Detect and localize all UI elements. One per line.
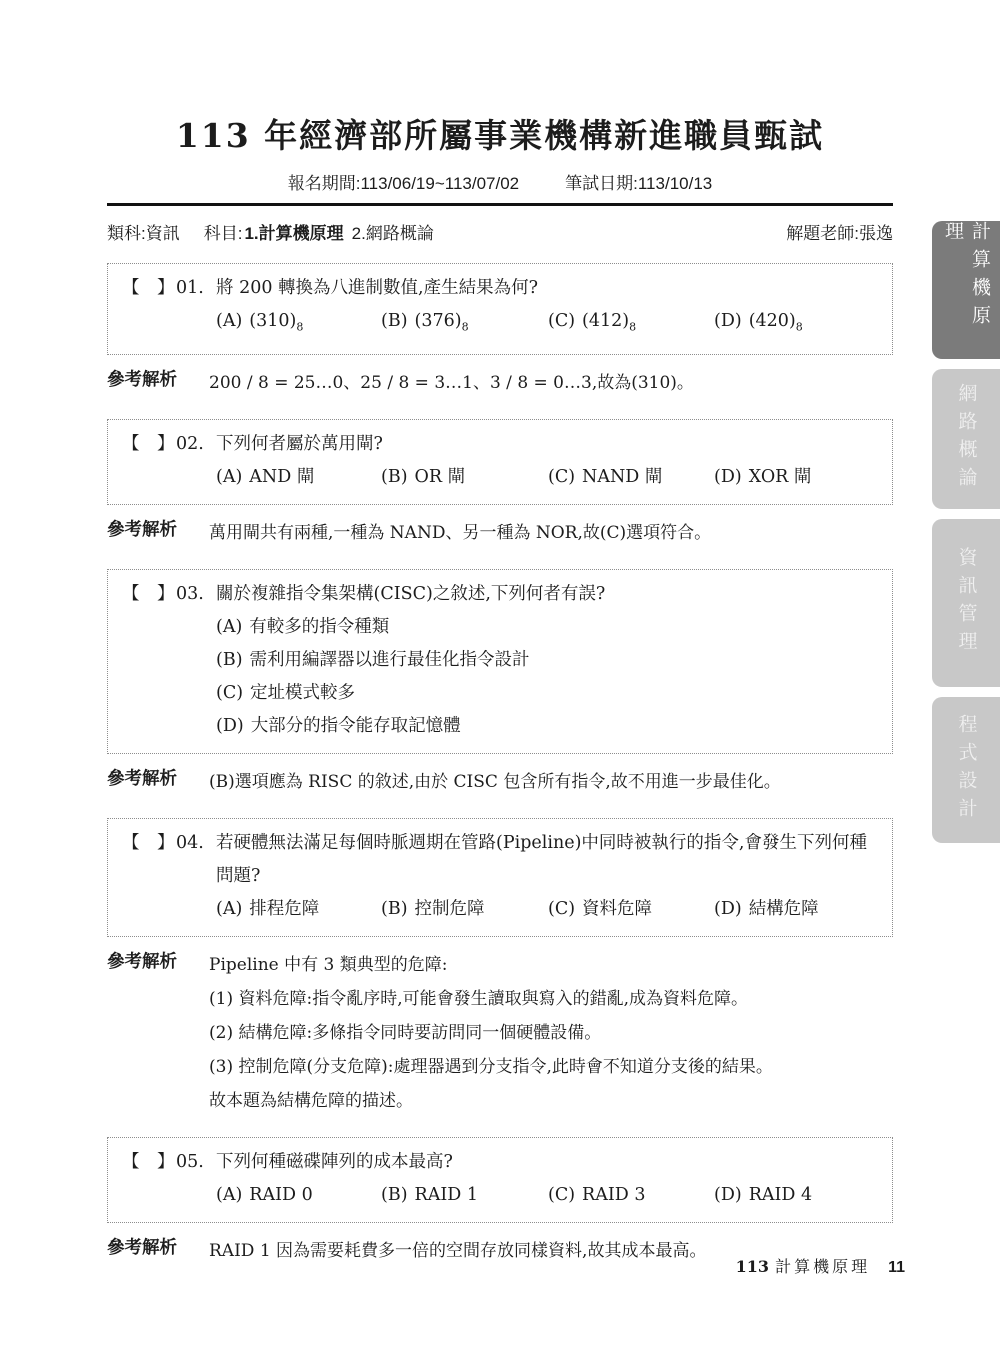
question-text: 關於複雜指令集架構(CISC)之敘述,下列何者有誤? — [216, 578, 878, 611]
option-c: (C)資料危障 — [548, 893, 714, 926]
option-a: (A)(310)8 — [216, 305, 381, 344]
page-content: 113 年經濟部所屬事業機構新進職員甄試 報名期間:113/06/19~113/… — [107, 0, 893, 1268]
option-c: (C)NAND 閘 — [548, 461, 714, 494]
question-box-02: 【 】 02. 下列何者屬於萬用閘? (A)AND 閘 (B)OR 閘 (C)N… — [107, 419, 893, 505]
analysis-label: 參考解析 — [107, 516, 195, 550]
answer-brackets: 【 】 — [122, 428, 176, 461]
subject-2: 2.網路概論 — [352, 219, 434, 244]
written-exam-date: 筆試日期:113/10/13 — [565, 169, 712, 194]
option-c: (C)(412)8 — [548, 305, 714, 344]
question-row: 【 】 01. 將 200 轉換為八進制數值,產生結果為何? — [122, 272, 878, 305]
footer-year: 113 — [736, 1257, 769, 1276]
question-row: 【 】 05. 下列何種磁碟陣列的成本最高? — [122, 1146, 878, 1179]
question-number: 02. — [176, 428, 216, 461]
exam-dates-row: 報名期間:113/06/19~113/07/02 筆試日期:113/10/13 — [107, 169, 893, 194]
option-d: (D)大部分的指令能存取記憶體 — [216, 710, 878, 743]
page-title: 113 年經濟部所屬事業機構新進職員甄試 — [107, 0, 893, 157]
option-b: (B)OR 閘 — [381, 461, 548, 494]
answer-brackets: 【 】 — [122, 827, 176, 893]
option-a: (A)排程危障 — [216, 893, 381, 926]
category-label: 類科:資訊 — [107, 219, 180, 244]
tab-network-overview: 網路概論 — [932, 369, 1000, 509]
question-text: 若硬體無法滿足每個時脈週期在管路(Pipeline)中同時被執行的指令,會發生下… — [216, 827, 878, 893]
question-row: 【 】 02. 下列何者屬於萬用閘? — [122, 428, 878, 461]
analysis-label: 參考解析 — [107, 366, 195, 400]
tab-programming-design: 程式設計 — [932, 697, 1000, 843]
analysis-body: 萬用閘共有兩種,一種為 NAND、另一種為 NOR,故(C)選項符合。 — [209, 516, 893, 550]
exam-solution-page: 計算機原理 網路概論 資訊管理 程式設計 113 年經濟部所屬事業機構新進職員甄… — [0, 0, 1000, 1353]
analysis-04: 參考解析 Pipeline 中有 3 類典型的危障: (1) 資料危障:指令亂序… — [107, 948, 893, 1118]
options-row: (A)RAID 0 (B)RAID 1 (C)RAID 3 (D)RAID 4 — [216, 1179, 878, 1212]
page-number: 11 — [888, 1259, 905, 1277]
subject-label: 科目: — [204, 219, 243, 244]
question-row: 【 】 04. 若硬體無法滿足每個時脈週期在管路(Pipeline)中同時被執行… — [122, 827, 878, 893]
question-text: 下列何種磁碟陣列的成本最高? — [216, 1146, 878, 1179]
analysis-label: 參考解析 — [107, 1234, 195, 1268]
tab-information-management: 資訊管理 — [932, 519, 1000, 687]
analysis-body: Pipeline 中有 3 類典型的危障: (1) 資料危障:指令亂序時,可能會… — [209, 948, 893, 1118]
subject-1: 1.計算機原理 — [244, 219, 343, 244]
question-text: 下列何者屬於萬用閘? — [216, 428, 878, 461]
registration-period: 報名期間:113/06/19~113/07/02 — [288, 169, 519, 194]
analysis-body: 200 / 8 = 25…0、25 / 8 = 3…1、3 / 8 = 0…3,… — [209, 366, 893, 400]
answer-brackets: 【 】 — [122, 578, 176, 611]
analysis-body: (B)選項應為 RISC 的敘述,由於 CISC 包含所有指令,故不用進一步最佳… — [209, 765, 893, 799]
category-subjects: 類科:資訊 科目: 1.計算機原理 2.網路概論 — [107, 219, 434, 244]
question-row: 【 】 03. 關於複雜指令集架構(CISC)之敘述,下列何者有誤? — [122, 578, 878, 611]
answer-brackets: 【 】 — [122, 1146, 176, 1179]
option-b: (B)(376)8 — [381, 305, 548, 344]
options-row: (A)排程危障 (B)控制危障 (C)資料危障 (D)結構危障 — [216, 893, 878, 926]
option-a: (A)AND 閘 — [216, 461, 381, 494]
option-b: (B)RAID 1 — [381, 1179, 548, 1212]
question-box-01: 【 】 01. 將 200 轉換為八進制數值,產生結果為何? (A)(310)8… — [107, 263, 893, 355]
question-number: 05. — [176, 1146, 216, 1179]
header-divider — [107, 203, 893, 206]
option-a: (A)RAID 0 — [216, 1179, 381, 1212]
analysis-label: 參考解析 — [107, 765, 195, 799]
question-text: 將 200 轉換為八進制數值,產生結果為何? — [216, 272, 878, 305]
answer-brackets: 【 】 — [122, 272, 176, 305]
question-number: 03. — [176, 578, 216, 611]
footer-subject: 計算機原理 — [775, 1254, 870, 1277]
question-box-03: 【 】 03. 關於複雜指令集架構(CISC)之敘述,下列何者有誤? (A)有較… — [107, 569, 893, 754]
question-box-04: 【 】 04. 若硬體無法滿足每個時脈週期在管路(Pipeline)中同時被執行… — [107, 818, 893, 937]
options-row: (A)(310)8 (B)(376)8 (C)(412)8 (D)(420)8 — [216, 305, 878, 344]
tab-computer-principles: 計算機原理 — [932, 221, 1000, 359]
analysis-01: 參考解析 200 / 8 = 25…0、25 / 8 = 3…1、3 / 8 =… — [107, 366, 893, 400]
solution-teacher: 解題老師:張逸 — [786, 219, 893, 244]
option-c: (C)RAID 3 — [548, 1179, 714, 1212]
option-d: (D)RAID 4 — [714, 1179, 878, 1212]
question-number: 04. — [176, 827, 216, 893]
exam-info-row: 類科:資訊 科目: 1.計算機原理 2.網路概論 解題老師:張逸 — [107, 219, 893, 244]
page-footer: 113 計算機原理 11 — [736, 1254, 905, 1277]
option-b: (B)控制危障 — [381, 893, 548, 926]
analysis-label: 參考解析 — [107, 948, 195, 1118]
option-d: (D)(420)8 — [714, 305, 878, 344]
option-c: (C)定址模式較多 — [216, 677, 878, 710]
option-b: (B)需利用編譯器以進行最佳化指令設計 — [216, 644, 878, 677]
option-a: (A)有較多的指令種類 — [216, 611, 878, 644]
analysis-02: 參考解析 萬用閘共有兩種,一種為 NAND、另一種為 NOR,故(C)選項符合。 — [107, 516, 893, 550]
options-list: (A)有較多的指令種類 (B)需利用編譯器以進行最佳化指令設計 (C)定址模式較… — [216, 611, 878, 743]
question-number: 01. — [176, 272, 216, 305]
question-box-05: 【 】 05. 下列何種磁碟陣列的成本最高? (A)RAID 0 (B)RAID… — [107, 1137, 893, 1223]
options-row: (A)AND 閘 (B)OR 閘 (C)NAND 閘 (D)XOR 閘 — [216, 461, 878, 494]
option-d: (D)結構危障 — [714, 893, 878, 926]
analysis-03: 參考解析 (B)選項應為 RISC 的敘述,由於 CISC 包含所有指令,故不用… — [107, 765, 893, 799]
option-d: (D)XOR 閘 — [714, 461, 878, 494]
